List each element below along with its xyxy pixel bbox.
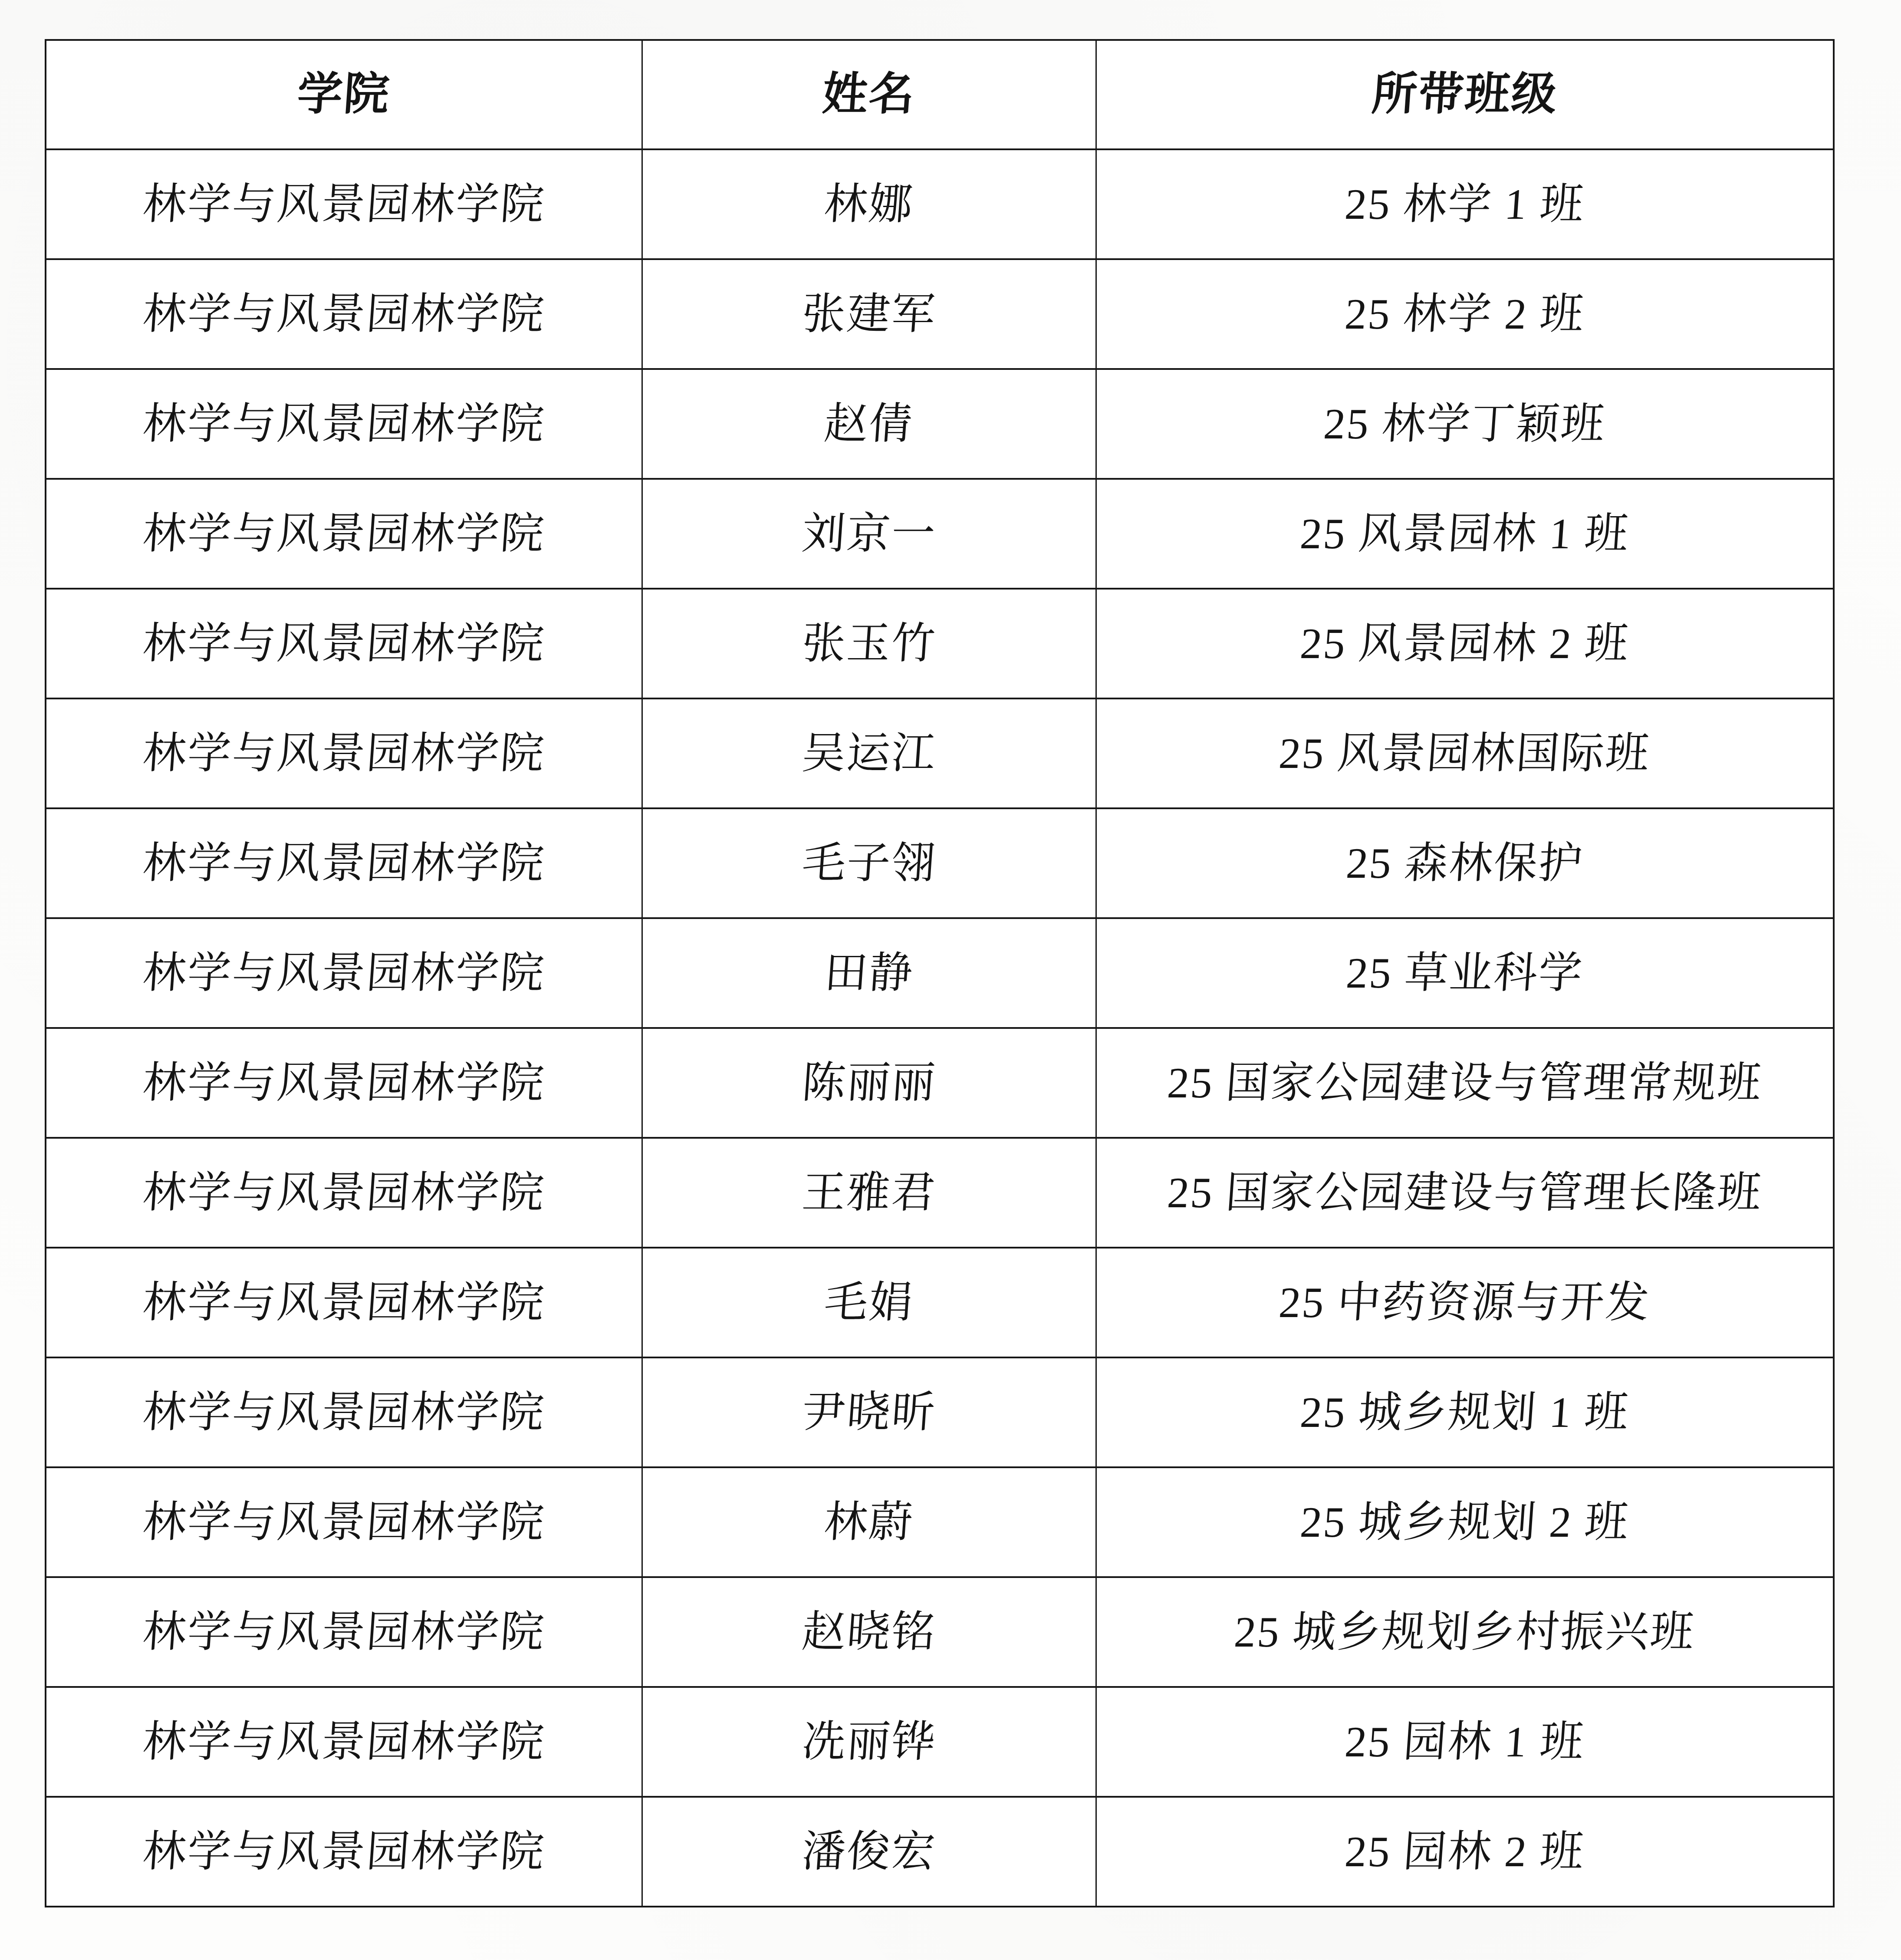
cell-class-text: 25 林学 2 班 [1343,288,1586,340]
table-row: 林学与风景园林学院 张建军 25 林学 2 班 [46,259,1834,369]
roster-table: 学院 姓名 所带班级 林学与风景园林学院 林娜 25 林学 1 班 林学与风景园… [45,39,1835,1907]
header-name-label: 姓名 [821,68,918,122]
cell-college-text: 林学与风景园林学院 [141,1277,547,1329]
cell-class: 25 森林保护 [1096,808,1834,918]
cell-name-text: 刘京一 [800,508,937,560]
cell-name: 张建军 [642,259,1096,369]
cell-class-text: 25 森林保护 [1345,837,1585,889]
cell-class-text: 25 风景园林 1 班 [1299,508,1631,560]
cell-college-text: 林学与风景园林学院 [141,1496,547,1548]
cell-class: 25 园林 2 班 [1096,1797,1834,1907]
cell-college-text: 林学与风景园林学院 [141,1387,547,1439]
cell-name: 赵倩 [642,369,1096,479]
table-row: 林学与风景园林学院 潘俊宏 25 园林 2 班 [46,1797,1834,1907]
header-name: 姓名 [642,40,1096,149]
cell-name: 林蔚 [642,1467,1096,1577]
table-row: 林学与风景园林学院 尹晓昕 25 城乡规划 1 班 [46,1357,1834,1467]
header-college-label: 学院 [296,68,392,122]
table-row: 林学与风景园林学院 田静 25 草业科学 [46,918,1834,1028]
cell-class-text: 25 城乡规划 2 班 [1299,1496,1631,1548]
cell-college: 林学与风景园林学院 [46,259,642,369]
cell-college: 林学与风景园林学院 [46,149,642,259]
cell-college-text: 林学与风景园林学院 [141,1716,547,1768]
cell-name: 张玉竹 [642,589,1096,698]
cell-class: 25 林学 1 班 [1096,149,1834,259]
cell-class: 25 林学丁颖班 [1096,369,1834,479]
cell-class-text: 25 国家公园建设与管理长隆班 [1166,1167,1764,1219]
cell-class-text: 25 园林 1 班 [1343,1716,1586,1768]
cell-class: 25 国家公园建设与管理常规班 [1096,1028,1834,1138]
cell-class: 25 风景园林 1 班 [1096,479,1834,589]
cell-name-text: 冼丽铧 [800,1716,937,1768]
cell-name: 毛子翎 [642,808,1096,918]
cell-class-text: 25 城乡规划 1 班 [1299,1387,1631,1439]
table-row: 林学与风景园林学院 毛子翎 25 森林保护 [46,808,1834,918]
cell-college-text: 林学与风景园林学院 [141,398,547,450]
cell-name: 林娜 [642,149,1096,259]
cell-class: 25 风景园林 2 班 [1096,589,1834,698]
cell-name: 陈丽丽 [642,1028,1096,1138]
table-row: 林学与风景园林学院 陈丽丽 25 国家公园建设与管理常规班 [46,1028,1834,1138]
cell-class: 25 园林 1 班 [1096,1687,1834,1797]
cell-name: 潘俊宏 [642,1797,1096,1907]
cell-college-text: 林学与风景园林学院 [141,508,547,560]
header-class: 所带班级 [1096,40,1834,149]
cell-name: 田静 [642,918,1096,1028]
cell-college: 林学与风景园林学院 [46,1577,642,1687]
cell-name-text: 王雅君 [800,1167,937,1219]
cell-class-text: 25 林学丁颖班 [1322,398,1607,450]
cell-name-text: 尹晓昕 [800,1387,937,1439]
cell-name-text: 毛子翎 [800,837,937,889]
table-row: 林学与风景园林学院 冼丽铧 25 园林 1 班 [46,1687,1834,1797]
cell-name: 尹晓昕 [642,1357,1096,1467]
cell-college: 林学与风景园林学院 [46,589,642,698]
cell-name: 赵晓铭 [642,1577,1096,1687]
table-row: 林学与风景园林学院 赵倩 25 林学丁颖班 [46,369,1834,479]
cell-college: 林学与风景园林学院 [46,698,642,808]
scanned-page: { "table": { "headers": { "college": "学院… [0,0,1901,1960]
cell-name: 吴运江 [642,698,1096,808]
cell-name: 王雅君 [642,1138,1096,1248]
cell-name-text: 赵晓铭 [800,1606,937,1658]
table-row: 林学与风景园林学院 林娜 25 林学 1 班 [46,149,1834,259]
cell-class-text: 25 风景园林国际班 [1277,728,1652,780]
table-row: 林学与风景园林学院 林蔚 25 城乡规划 2 班 [46,1467,1834,1577]
table-body: 林学与风景园林学院 林娜 25 林学 1 班 林学与风景园林学院 张建军 25 … [46,149,1834,1907]
cell-name-text: 陈丽丽 [800,1057,937,1109]
cell-name-text: 林蔚 [822,1496,915,1548]
cell-class: 25 城乡规划 2 班 [1096,1467,1834,1577]
cell-college-text: 林学与风景园林学院 [141,1167,547,1219]
cell-college: 林学与风景园林学院 [46,1357,642,1467]
cell-college: 林学与风景园林学院 [46,479,642,589]
cell-class-text: 25 风景园林 2 班 [1299,618,1631,670]
cell-name-text: 张建军 [800,288,937,340]
cell-college: 林学与风景园林学院 [46,808,642,918]
cell-class: 25 城乡规划 1 班 [1096,1357,1834,1467]
cell-college-text: 林学与风景园林学院 [141,178,547,231]
cell-name: 冼丽铧 [642,1687,1096,1797]
cell-class: 25 风景园林国际班 [1096,698,1834,808]
cell-name-text: 张玉竹 [800,618,937,670]
cell-college: 林学与风景园林学院 [46,1467,642,1577]
cell-class-text: 25 林学 1 班 [1343,178,1586,231]
cell-class-text: 25 城乡规划乡村振兴班 [1233,1606,1697,1658]
header-row: 学院 姓名 所带班级 [46,40,1834,149]
cell-name: 毛娟 [642,1248,1096,1357]
table-row: 林学与风景园林学院 赵晓铭 25 城乡规划乡村振兴班 [46,1577,1834,1687]
cell-college-text: 林学与风景园林学院 [141,837,547,889]
cell-class: 25 城乡规划乡村振兴班 [1096,1577,1834,1687]
cell-class: 25 中药资源与开发 [1096,1248,1834,1357]
cell-name-text: 吴运江 [800,728,937,780]
cell-college: 林学与风景园林学院 [46,1028,642,1138]
cell-college-text: 林学与风景园林学院 [141,728,547,780]
table-row: 林学与风景园林学院 毛娟 25 中药资源与开发 [46,1248,1834,1357]
table-row: 林学与风景园林学院 吴运江 25 风景园林国际班 [46,698,1834,808]
cell-college: 林学与风景园林学院 [46,1797,642,1907]
cell-class: 25 草业科学 [1096,918,1834,1028]
cell-name: 刘京一 [642,479,1096,589]
cell-class: 25 林学 2 班 [1096,259,1834,369]
cell-college-text: 林学与风景园林学院 [141,1057,547,1109]
table-header: 学院 姓名 所带班级 [46,40,1834,149]
cell-class-text: 25 草业科学 [1345,947,1585,999]
cell-college: 林学与风景园林学院 [46,1248,642,1357]
cell-name-text: 毛娟 [822,1277,915,1329]
cell-class: 25 国家公园建设与管理长隆班 [1096,1138,1834,1248]
cell-name-text: 林娜 [822,178,915,231]
cell-class-text: 25 园林 2 班 [1343,1826,1586,1878]
cell-college-text: 林学与风景园林学院 [141,1606,547,1658]
cell-college-text: 林学与风景园林学院 [141,947,547,999]
cell-name-text: 赵倩 [822,398,915,450]
table-row: 林学与风景园林学院 王雅君 25 国家公园建设与管理长隆班 [46,1138,1834,1248]
cell-college: 林学与风景园林学院 [46,1687,642,1797]
header-college: 学院 [46,40,642,149]
table-row: 林学与风景园林学院 刘京一 25 风景园林 1 班 [46,479,1834,589]
cell-class-text: 25 国家公园建设与管理常规班 [1166,1057,1764,1109]
cell-name-text: 潘俊宏 [800,1826,937,1878]
cell-college: 林学与风景园林学院 [46,918,642,1028]
cell-class-text: 25 中药资源与开发 [1277,1277,1652,1329]
cell-college-text: 林学与风景园林学院 [141,288,547,340]
cell-college: 林学与风景园林学院 [46,369,642,479]
cell-college-text: 林学与风景园林学院 [141,1826,547,1878]
cell-college: 林学与风景园林学院 [46,1138,642,1248]
header-class-label: 所带班级 [1370,68,1559,122]
table-row: 林学与风景园林学院 张玉竹 25 风景园林 2 班 [46,589,1834,698]
cell-college-text: 林学与风景园林学院 [141,618,547,670]
cell-name-text: 田静 [822,947,915,999]
